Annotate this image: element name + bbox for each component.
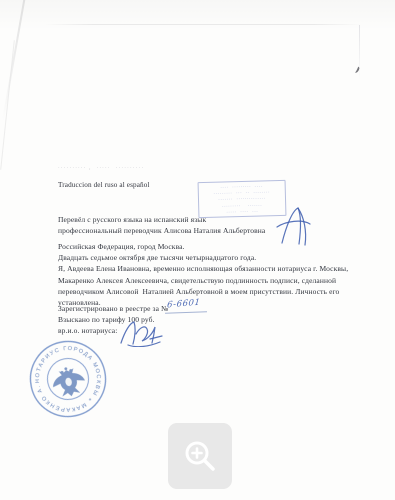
translation-note: Traduccion del ruso al español [58,181,150,189]
handwritten-registry-number: 6-6601 [167,297,201,310]
signature-stroke-icon [116,317,168,347]
round-notary-seal: НОТАРИУС ГОРОДА МОСКВЫ ⁎ МАКАРЕНКО А.А. … [19,330,116,427]
scanned-document-page: ·········· , ····· ·········· Traduccion… [0,0,395,500]
magnifier-plus-icon [181,437,219,475]
notary-line: Я, Авдеева Елена Ивановна, временно испо… [58,263,348,274]
notary-certification: Российская Федерация, город Москва. Двад… [58,241,348,308]
paper-right-crease [359,25,360,80]
paper-fold-crease-2 [0,40,15,169]
faint-illegible-line: ·········· , ····· ·········· [58,166,144,171]
notary-line: Двадцать седьмое октября две тысячи четы… [58,252,348,263]
translator-statement-line: Перевёл с русского языка на испанский яз… [58,214,265,225]
notary-line: Макаренко Алексея Алексеевича, свидетель… [58,275,348,286]
notary-line: Российская Федерация, город Москва. [58,241,348,252]
notary-line: переводчиком Алисовой Наталией Альбертов… [58,286,348,297]
translator-statement-line: профессиональный переводчик Алисова Ната… [58,225,265,236]
paper-fold-crease [2,0,26,121]
zoom-button[interactable] [168,423,232,489]
notary-seal-icon: НОТАРИУС ГОРОДА МОСКВЫ ⁎ МАКАРЕНКО А.А. … [19,330,116,427]
registry-label: Зарегистрировано в реестре за № [58,303,168,314]
paper-top-edge [45,24,361,25]
notary-signature [116,317,168,352]
registry-number-underline [165,311,207,313]
translator-statement: Перевёл с русского языка на испанский яз… [58,214,265,236]
